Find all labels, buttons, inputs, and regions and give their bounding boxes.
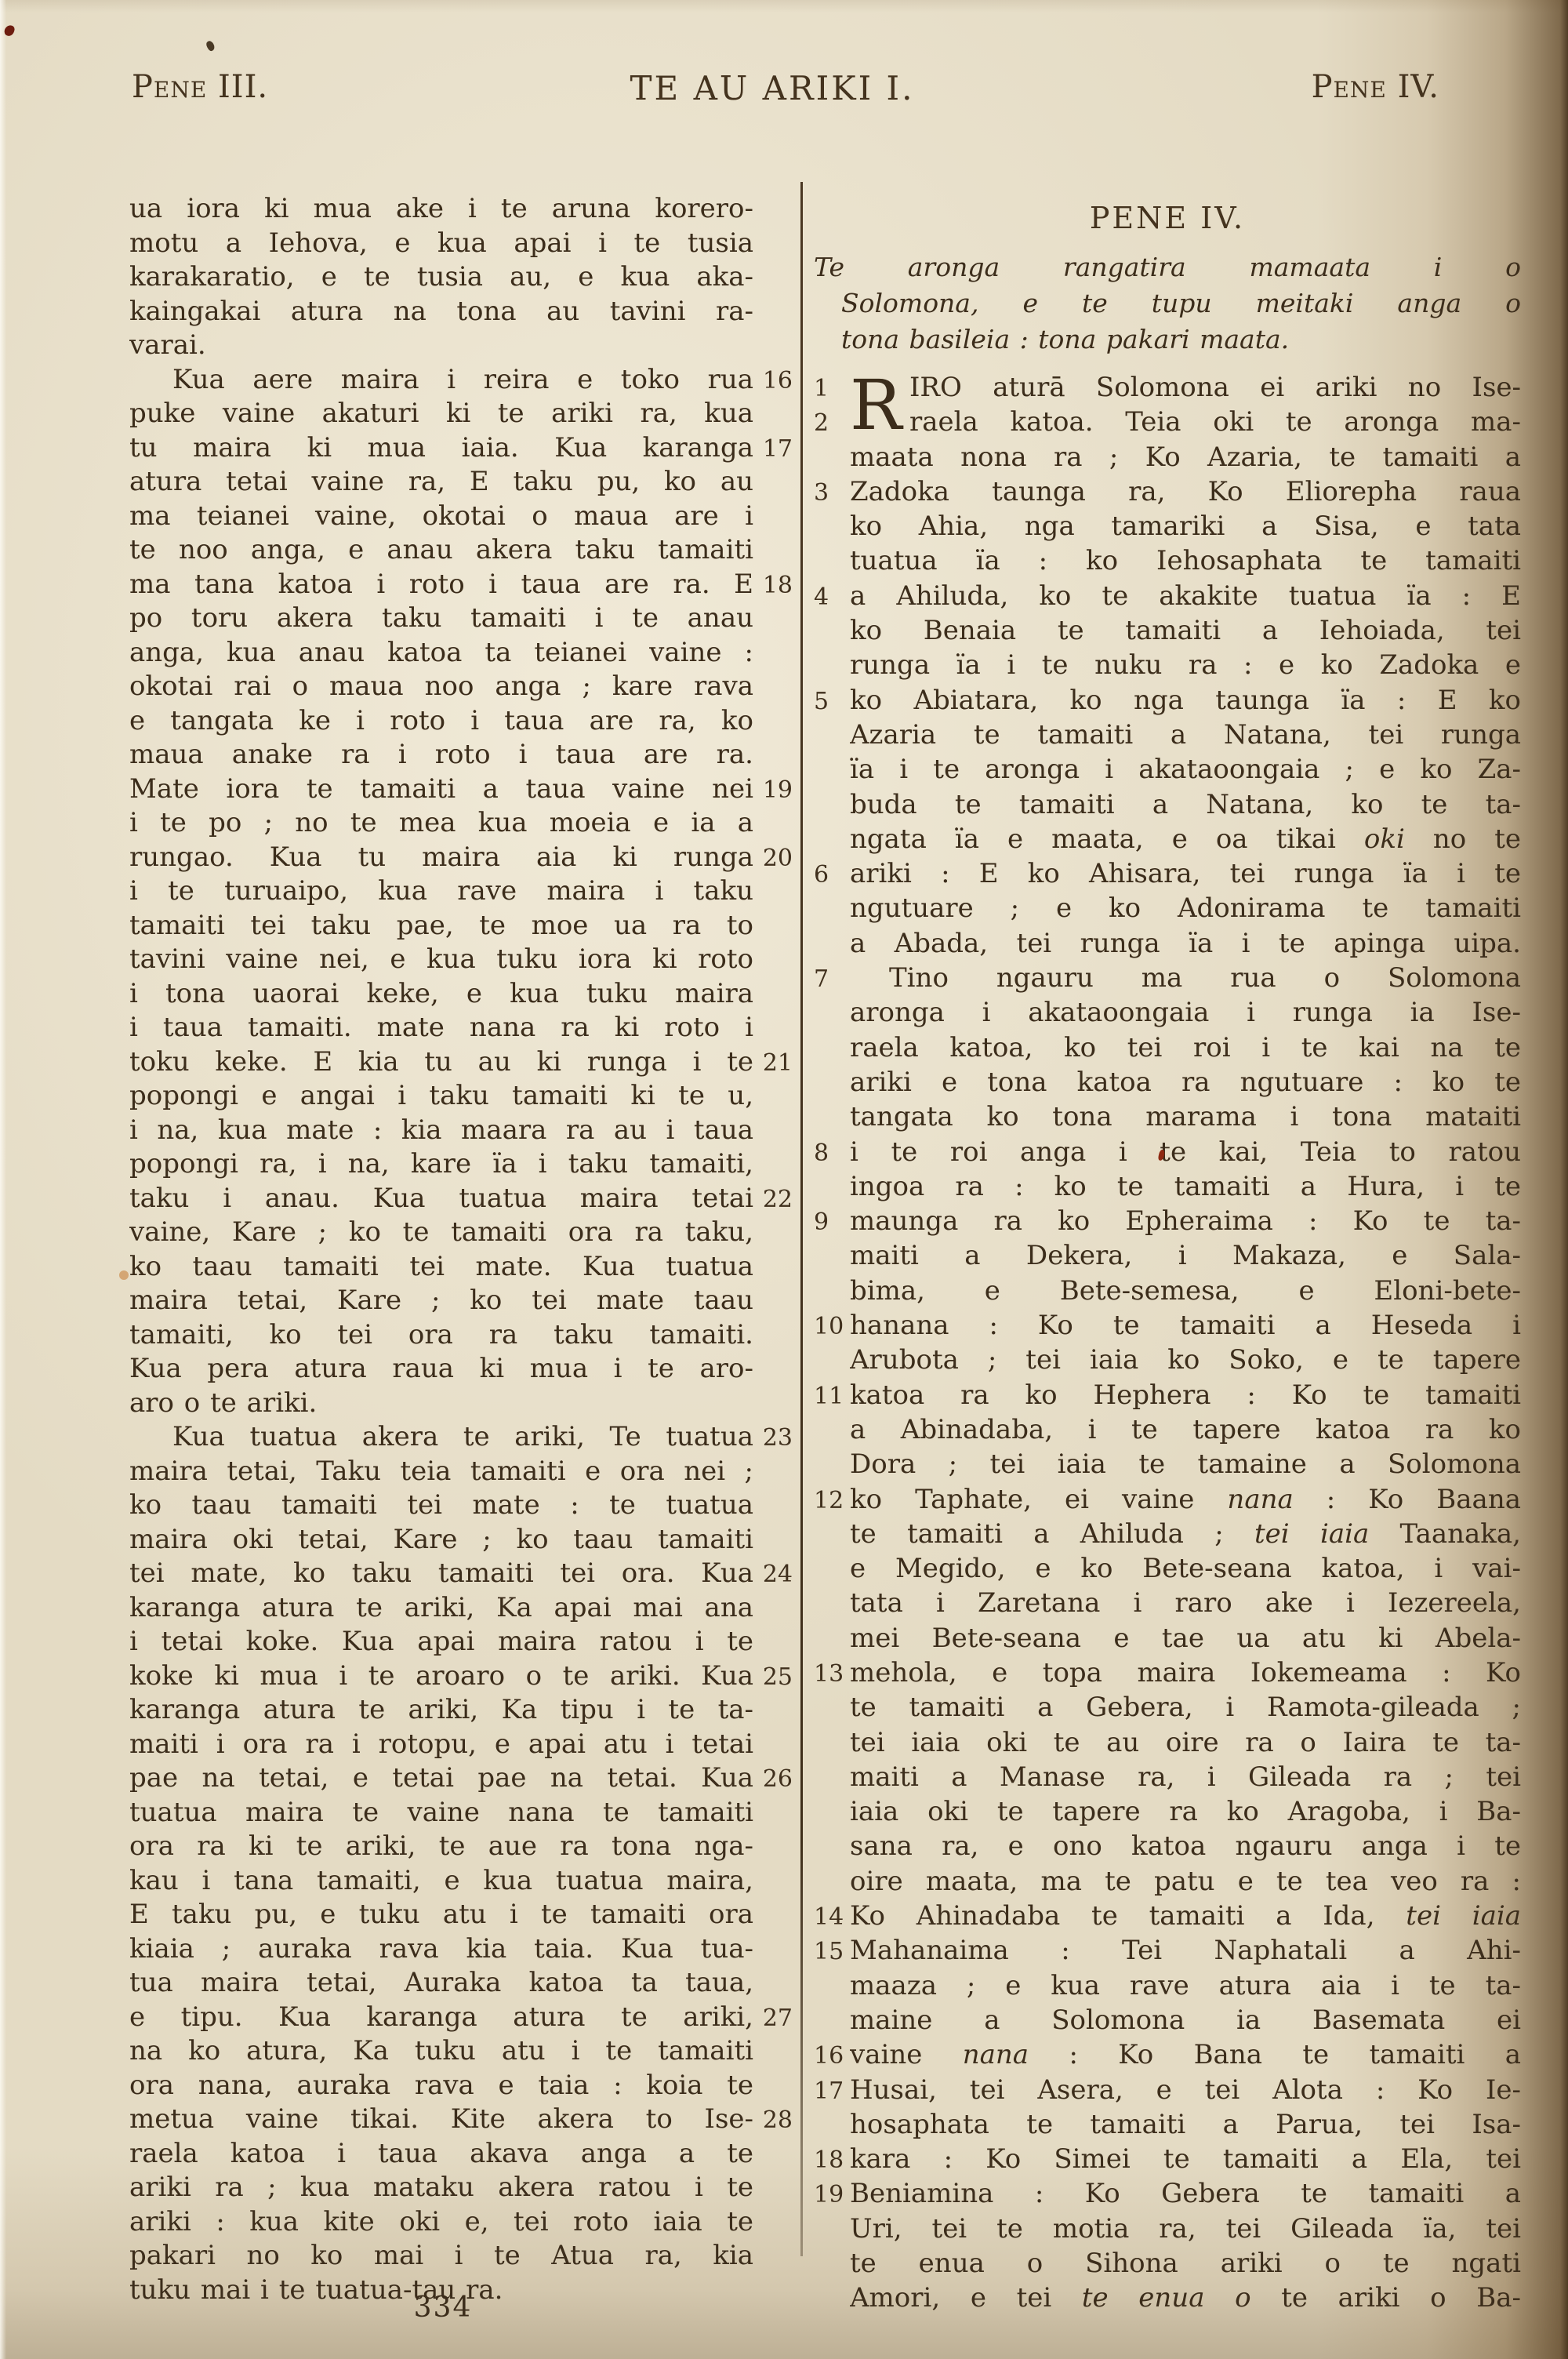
- verse-number: 22: [753, 1183, 793, 1216]
- text-line: 10hanana : Ko te tamaiti a Heseda i: [814, 1308, 1521, 1343]
- text-line: i tetai koke. Kua apai maira ratou i te: [129, 1625, 793, 1659]
- line-text: kau i tana tamaiti, e kua tuatua maira,: [129, 1864, 753, 1899]
- line-text: a Abinadaba, i te tapere katoa ra ko: [850, 1412, 1521, 1447]
- text-line: kiaia ; auraka rava kia taia. Kua tua-: [129, 1932, 793, 1967]
- line-text: maine a Solomona ia Basemata ei: [850, 2003, 1521, 2037]
- text-line: tuatua ïa : ko Iehosaphata te tamaiti: [814, 543, 1521, 578]
- line-text: taku i anau. Kua tuatua maira tetai: [129, 1182, 753, 1216]
- line-text: ua iora ki mua ake i te aruna korero-: [129, 192, 753, 227]
- text-line: buda te tamaiti a Natana, ko te ta-: [814, 787, 1521, 822]
- line-text: ngutuare ; e ko Adonirama te tamaiti: [850, 891, 1521, 925]
- text-line: ïa i te aronga i akataoongaia ; e ko Za-: [814, 752, 1521, 787]
- text-line: taku i anau. Kua tuatua maira tetai22: [129, 1182, 793, 1216]
- line-text: Azaria te tamaiti a Natana, tei runga: [850, 718, 1521, 752]
- text-line: i na, kua mate : kia maara ra au i taua: [129, 1114, 793, 1148]
- text-line: ariki ra ; kua mataku akera ratou i te: [129, 2171, 793, 2205]
- line-text: ko taau tamaiti tei mate. Kua tuatua: [129, 1250, 753, 1285]
- chapter-heading: PENE IV.: [814, 198, 1521, 238]
- text-line: anga, kua anau katoa ta teianei vaine :: [129, 636, 793, 671]
- verse-number: 7: [814, 962, 850, 995]
- text-line: 3Zadoka taunga ra, Ko Eliorepha raua: [814, 474, 1521, 509]
- line-text: koke ki mua i te aroaro o te ariki. Kua: [129, 1659, 753, 1694]
- left-column-lines: ua iora ki mua ake i te aruna korero-mot…: [129, 192, 793, 2307]
- text-line: maiti a Dekera, i Makaza, e Sala-: [814, 1238, 1521, 1273]
- line-text: ma teianei vaine, okotai o maua are i: [129, 500, 753, 534]
- text-line: ko taau tamaiti tei mate. Kua tuatua: [129, 1250, 793, 1285]
- line-text: ko taau tamaiti tei mate : te tuatua: [129, 1488, 753, 1523]
- line-text: i tetai koke. Kua apai maira ratou i te: [129, 1625, 753, 1659]
- line-text: tangata ko tona marama i tona mataiti: [850, 1100, 1521, 1134]
- text-line: raela katoa, ko tei roi i te kai na te: [814, 1030, 1521, 1065]
- text-line: ko Ahia, nga tamariki a Sisa, e tata: [814, 509, 1521, 543]
- text-line: tamaiti tei taku pae, te moe ua ra to: [129, 909, 793, 943]
- text-line: Dora ; tei iaia te tamaine a Solomona: [814, 1447, 1521, 1481]
- verse-number: 8: [814, 1136, 850, 1169]
- text-line: puke vaine akaturi ki te ariki ra, kua: [129, 397, 793, 431]
- text-line: 15Mahanaima : Tei Naphatali a Ahi-: [814, 1933, 1521, 1968]
- text-line: E taku pu, e tuku atu i te tamaiti ora: [129, 1898, 793, 1932]
- line-text: maiti a Dekera, i Makaza, e Sala-: [850, 1238, 1521, 1273]
- line-text: kara : Ko Simei te tamaiti a Ela, tei: [850, 2142, 1521, 2176]
- text-line: hosaphata te tamaiti a Parua, tei Isa-: [814, 2107, 1521, 2142]
- text-line: karakaratio, e te tusia au, e kua aka-: [129, 260, 793, 295]
- line-text: Uri, tei te motia ra, tei Gileada ïa, te…: [850, 2212, 1521, 2246]
- text-line: 12ko Taphate, ei vaine nana : Ko Baana: [814, 1482, 1521, 1517]
- verse-number: 10: [814, 1310, 850, 1343]
- line-text: pae na tetai, e tetai pae na tetai. Kua: [129, 1761, 753, 1796]
- line-text: e Megido, e ko Bete-seana katoa, i vai-: [850, 1551, 1521, 1586]
- text-line: kaingakai atura na tona au tavini ra-: [129, 295, 793, 329]
- book-title: TE AU ARIKI I.: [459, 69, 1086, 107]
- line-text: buda te tamaiti a Natana, ko te ta-: [850, 787, 1521, 822]
- text-line: bima, e Bete-semesa, e Eloni-bete-: [814, 1274, 1521, 1308]
- line-text: maata nona ra ; Ko Azaria, te tamaiti a: [850, 440, 1521, 474]
- text-line: Azaria te tamaiti a Natana, tei runga: [814, 718, 1521, 752]
- line-text: maua anake ra i roto i taua are ra.: [129, 738, 753, 772]
- verse-number: 25: [753, 1660, 793, 1694]
- line-text: ko Taphate, ei vaine nana : Ko Baana: [850, 1482, 1521, 1517]
- line-text: mehola, e topa maira Iokemeama : Ko: [850, 1656, 1521, 1690]
- text-line: te tamaiti a Gebera, i Ramota-gileada ;: [814, 1690, 1521, 1725]
- line-text: tua maira tetai, Auraka katoa ta taua,: [129, 1966, 753, 2001]
- verse-number: 19: [753, 773, 793, 807]
- line-text: rungao. Kua tu maira aia ki runga: [129, 841, 753, 875]
- line-text: e tipu. Kua karanga atura te ariki,: [129, 2001, 753, 2035]
- line-text: popongi e angai i taku tamaiti ki te u,: [129, 1079, 753, 1114]
- line-text: oire maata, ma te patu e te tea veo ra :: [850, 1864, 1521, 1899]
- text-line: karanga atura te ariki, Ka tipu i te ta-: [129, 1693, 793, 1728]
- line-text: ariki : E ko Ahisara, tei runga ïa i te: [850, 856, 1521, 891]
- text-line: 9maunga ra ko Epheraima : Ko te ta-: [814, 1204, 1521, 1238]
- text-line: runga ïa i te nuku ra : e ko Zadoka e: [814, 648, 1521, 682]
- line-text: maira tetai, Taku teia tamaiti e ora nei…: [129, 1455, 753, 1489]
- line-text: ngata ïa e maata, e oa tikai oki no te: [850, 822, 1521, 856]
- text-line: maine a Solomona ia Basemata ei: [814, 2003, 1521, 2037]
- text-line: sana ra, e ono katoa ngauru anga i te: [814, 1829, 1521, 1863]
- text-line: ariki e tona katoa ra ngutuare : ko te: [814, 1065, 1521, 1100]
- line-text: IRO aturā Solomona ei ariki no Ise-: [850, 370, 1521, 405]
- text-line: popongi ra, i na, kare ïa i taku tamaiti…: [129, 1147, 793, 1182]
- line-text: ko Abiatara, ko nga taunga ïa : E ko: [850, 683, 1521, 718]
- line-text: mei Bete-seana e tae ua atu ki Abela-: [850, 1621, 1521, 1656]
- verse-number: 3: [814, 476, 850, 509]
- line-text: po toru akera taku tamaiti i te anau: [129, 602, 753, 636]
- text-line: tuatua maira te vaine nana te tamaiti: [129, 1796, 793, 1830]
- text-line: Te aronga rangatira mamaata i o: [814, 249, 1521, 285]
- line-text: kiaia ; auraka rava kia taia. Kua tua-: [129, 1932, 753, 1967]
- line-text: te noo anga, e anau akera taku tamaiti: [129, 533, 753, 568]
- line-text: tu maira ki mua iaia. Kua karanga: [129, 431, 753, 466]
- text-line: tamaiti, ko tei ora ra taku tamaiti.: [129, 1318, 793, 1353]
- line-text: ora nana, auraka rava e taia : koia te: [129, 2069, 753, 2103]
- verse-number: 11: [814, 1379, 850, 1412]
- line-text: ariki e tona katoa ra ngutuare : ko te: [850, 1065, 1521, 1100]
- text-line: 11katoa ra ko Hephera : Ko te tamaiti: [814, 1378, 1521, 1412]
- text-line: pakari no ko mai i te Atua ra, kia: [129, 2239, 793, 2274]
- text-line: 6ariki : E ko Ahisara, tei runga ïa i te: [814, 856, 1521, 891]
- text-line: Mate iora te tamaiti a taua vaine nei19: [129, 772, 793, 807]
- column-divider-rule: [800, 182, 803, 2256]
- text-line: 4a Ahiluda, ko te akakite tuatua ïa : E: [814, 579, 1521, 613]
- text-line: motu a Iehova, e kua apai i te tusia: [129, 227, 793, 261]
- line-text: i tona uaorai keke, e kua tuku maira: [129, 977, 753, 1012]
- line-text: a Ahiluda, ko te akakite tuatua ïa : E: [850, 579, 1521, 613]
- verse-number: 16: [814, 2039, 850, 2072]
- text-line: maira tetai, Taku teia tamaiti e ora nei…: [129, 1455, 793, 1489]
- text-line: e Megido, e ko Bete-seana katoa, i vai-: [814, 1551, 1521, 1586]
- line-text: runga ïa i te nuku ra : e ko Zadoka e: [850, 648, 1521, 682]
- text-line: tona basileia : tona pakari maata.: [814, 322, 1521, 358]
- line-text: E taku pu, e tuku atu i te tamaiti ora: [129, 1898, 753, 1932]
- text-line: te enua o Sihona ariki o te ngati: [814, 2246, 1521, 2281]
- line-text: sana ra, e ono katoa ngauru anga i te: [850, 1829, 1521, 1863]
- verse-number: 18: [753, 569, 793, 602]
- text-line: ora ra ki te ariki, te aue ra tona nga-: [129, 1830, 793, 1864]
- verse-number: 4: [814, 580, 850, 613]
- page-number: 334: [129, 2292, 757, 2324]
- text-line: 5ko Abiatara, ko nga taunga ïa : E ko: [814, 683, 1521, 718]
- text-line: tavini vaine nei, e kua tuku iora ki rot…: [129, 943, 793, 977]
- line-text: Mahanaima : Tei Naphatali a Ahi-: [850, 1933, 1521, 1968]
- line-text: ora ra ki te ariki, te aue ra tona nga-: [129, 1830, 753, 1864]
- line-text: i taua tamaiti. mate nana ra ki roto i: [129, 1011, 753, 1045]
- text-line: po toru akera taku tamaiti i te anau: [129, 602, 793, 636]
- text-line: 1IRO aturā Solomona ei ariki no Ise-: [814, 370, 1521, 405]
- text-line: metua vaine tikai. Kite akera to Ise-28: [129, 2103, 793, 2137]
- text-line: maata nona ra ; Ko Azaria, te tamaiti a: [814, 440, 1521, 474]
- line-text: iaia oki te tapere ra ko Aragoba, i Ba-: [850, 1794, 1521, 1829]
- line-text: raela katoa. Teia oki te aronga ma-: [850, 405, 1521, 439]
- line-text: te tamaiti a Gebera, i Ramota-gileada ;: [850, 1690, 1521, 1725]
- text-line: aronga i akataoongaia i runga ia Ise-: [814, 995, 1521, 1030]
- line-text: na ko atura, Ka tuku atu i te tamaiti: [129, 2034, 753, 2069]
- line-text: ma tana katoa i roto i taua are ra. E: [129, 568, 753, 602]
- text-line: toku keke. E kia tu au ki runga i te21: [129, 1045, 793, 1080]
- line-text: Amori, e tei te enua o te ariki o Ba-: [850, 2281, 1521, 2315]
- line-text: Arubota ; tei iaia ko Soko, e te tapere: [850, 1343, 1521, 1377]
- line-text: raela katoa i taua akava anga a te: [129, 2137, 753, 2172]
- line-text: Solomona, e te tupu meitaki anga o: [814, 285, 1521, 322]
- text-line: pae na tetai, e tetai pae na tetai. Kua2…: [129, 1761, 793, 1796]
- verse-number: 2: [814, 406, 850, 439]
- line-text: ariki ra ; kua mataku akera ratou i te: [129, 2171, 753, 2205]
- line-text: a Abada, tei runga ïa i te apinga uipa.: [850, 926, 1521, 961]
- line-text: ïa i te aronga i akataoongaia ; e ko Za-: [850, 752, 1521, 787]
- line-text: i na, kua mate : kia maara ra au i taua: [129, 1114, 753, 1148]
- text-line: ko taau tamaiti tei mate : te tuatua: [129, 1488, 793, 1523]
- line-text: toku keke. E kia tu au ki runga i te: [129, 1045, 753, 1080]
- text-line: e tipu. Kua karanga atura te ariki,27: [129, 2001, 793, 2035]
- line-text: i te roi anga i te kai, Teia to ratou: [850, 1135, 1521, 1169]
- text-line: maira tetai, Kare ; ko tei mate taau: [129, 1284, 793, 1318]
- line-text: tona basileia : tona pakari maata.: [814, 322, 1521, 358]
- text-line: 2raela katoa. Teia oki te aronga ma-: [814, 405, 1521, 439]
- line-text: tata i Zaretana i raro ake i Iezereela,: [850, 1586, 1521, 1620]
- text-line: maaza ; e kua rave atura aia i te ta-: [814, 1968, 1521, 2003]
- line-text: atura tetai vaine ra, E taku pu, ko au: [129, 465, 753, 500]
- text-line: varai.: [129, 329, 793, 363]
- verse-number: 15: [814, 1935, 850, 1968]
- text-line: tu maira ki mua iaia. Kua karanga17: [129, 431, 793, 466]
- line-text: motu a Iehova, e kua apai i te tusia: [129, 227, 753, 261]
- text-line: Kua aere maira i reira e toko rua16: [129, 363, 793, 398]
- line-text: Tino ngauru ma rua o Solomona: [850, 961, 1521, 995]
- line-text: okotai rai o maua noo anga ; kare rava: [129, 670, 753, 704]
- text-line: tata i Zaretana i raro ake i Iezereela,: [814, 1586, 1521, 1620]
- right-column-lines: R 1IRO aturā Solomona ei ariki no Ise-2r…: [814, 370, 1521, 2316]
- text-line: 16vaine nana : Ko Bana te tamaiti a: [814, 2037, 1521, 2072]
- text-line: 14Ko Ahinadaba te tamaiti a Ida, tei iai…: [814, 1899, 1521, 1933]
- line-text: tei mate, ko taku tamaiti tei ora. Kua: [129, 1557, 753, 1591]
- verse-number: 17: [814, 2074, 850, 2107]
- line-text: i te po ; no te mea kua moeia e ia a: [129, 806, 753, 841]
- line-text: maiti i ora ra i rotopu, e apai atu i te…: [129, 1728, 753, 1762]
- text-line: 7Tino ngauru ma rua o Solomona: [814, 961, 1521, 995]
- line-text: Beniamina : Ko Gebera te tamaiti a: [850, 2176, 1521, 2211]
- text-line: i taua tamaiti. mate nana ra ki roto i: [129, 1011, 793, 1045]
- text-line: maua anake ra i roto i taua are ra.: [129, 738, 793, 772]
- text-line: okotai rai o maua noo anga ; kare rava: [129, 670, 793, 704]
- verse-number: 14: [814, 1900, 850, 1933]
- right-column: PENE IV. Te aronga rangatira mamaata i o…: [814, 198, 1521, 2316]
- text-line: i te po ; no te mea kua moeia e ia a: [129, 806, 793, 841]
- text-line: rungao. Kua tu maira aia ki runga20: [129, 841, 793, 875]
- line-text: tuatua maira te vaine nana te tamaiti: [129, 1796, 753, 1830]
- text-line: Kua tuatua akera te ariki, Te tuatua23: [129, 1420, 793, 1455]
- verse-number: 27: [753, 2001, 793, 2035]
- ink-stain: [3, 24, 16, 37]
- text-line: ora nana, auraka rava e taia : koia te: [129, 2069, 793, 2103]
- line-text: Kua pera atura raua ki mua i te aro-: [129, 1352, 753, 1387]
- text-line: oire maata, ma te patu e te tea veo ra :: [814, 1864, 1521, 1899]
- text-line: a Abada, tei runga ïa i te apinga uipa.: [814, 926, 1521, 961]
- line-text: puke vaine akaturi ki te ariki ra, kua: [129, 397, 753, 431]
- verse-number: 18: [814, 2143, 850, 2176]
- line-text: aronga i akataoongaia i runga ia Ise-: [850, 995, 1521, 1030]
- drop-cap-letter: R: [850, 370, 902, 441]
- verse-number: 24: [753, 1558, 793, 1591]
- line-text: te tamaiti a Ahiluda ; tei iaia Taanaka,: [850, 1517, 1521, 1551]
- text-line: i tona uaorai keke, e kua tuku maira: [129, 977, 793, 1012]
- text-line: Kua pera atura raua ki mua i te aro-: [129, 1352, 793, 1387]
- line-text: Kua aere maira i reira e toko rua: [129, 363, 753, 398]
- line-text: e tangata ke i roto i taua are ra, ko: [129, 704, 753, 739]
- line-text: hanana : Ko te tamaiti a Heseda i: [850, 1308, 1521, 1343]
- line-text: Mate iora te tamaiti a taua vaine nei: [129, 772, 753, 807]
- running-head-right: Pene IV.: [1200, 69, 1439, 105]
- text-line: atura tetai vaine ra, E taku pu, ko au: [129, 465, 793, 500]
- line-text: tamaiti tei taku pae, te moe ua ra to: [129, 909, 753, 943]
- line-text: katoa ra ko Hephera : Ko te tamaiti: [850, 1378, 1521, 1412]
- text-line: 17Husai, tei Asera, e tei Alota : Ko Ie-: [814, 2073, 1521, 2107]
- running-head-left: Pene III.: [132, 69, 268, 105]
- line-text: maaza ; e kua rave atura aia i te ta-: [850, 1968, 1521, 2003]
- line-text: vaine nana : Ko Bana te tamaiti a: [850, 2037, 1521, 2072]
- line-text: te enua o Sihona ariki o te ngati: [850, 2246, 1521, 2281]
- verse-number: 9: [814, 1205, 850, 1238]
- line-text: tamaiti, ko tei ora ra taku tamaiti.: [129, 1318, 753, 1353]
- text-line: te tamaiti a Ahiluda ; tei iaia Taanaka,: [814, 1517, 1521, 1551]
- verse-number: 26: [753, 1762, 793, 1796]
- text-line: ma tana katoa i roto i taua are ra. E18: [129, 568, 793, 602]
- line-text: maiti a Manase ra, i Gileada ra ; tei: [850, 1760, 1521, 1794]
- text-line: tei iaia oki te au oire ra o Iaira te ta…: [814, 1725, 1521, 1760]
- text-line: ma teianei vaine, okotai o maua are i: [129, 500, 793, 534]
- text-line: maiti i ora ra i rotopu, e apai atu i te…: [129, 1728, 793, 1762]
- text-line: ngata ïa e maata, e oa tikai oki no te: [814, 822, 1521, 856]
- line-text: Dora ; tei iaia te tamaine a Solomona: [850, 1447, 1521, 1481]
- line-text: tuatua ïa : ko Iehosaphata te tamaiti: [850, 543, 1521, 578]
- text-line: ngutuare ; e ko Adonirama te tamaiti: [814, 891, 1521, 925]
- text-line: 8i te roi anga i te kai, Teia to ratou: [814, 1135, 1521, 1169]
- text-line: ariki : kua kite oki e, tei roto iaia te: [129, 2205, 793, 2240]
- verse-number: 21: [753, 1046, 793, 1080]
- line-text: tei iaia oki te au oire ra o Iaira te ta…: [850, 1725, 1521, 1760]
- line-text: bima, e Bete-semesa, e Eloni-bete-: [850, 1274, 1521, 1308]
- text-line: 13mehola, e topa maira Iokemeama : Ko: [814, 1656, 1521, 1690]
- text-line: mei Bete-seana e tae ua atu ki Abela-: [814, 1621, 1521, 1656]
- line-text: popongi ra, i na, kare ïa i taku tamaiti…: [129, 1147, 753, 1182]
- line-text: ko Ahia, nga tamariki a Sisa, e tata: [850, 509, 1521, 543]
- text-line: raela katoa i taua akava anga a te: [129, 2137, 793, 2172]
- verse-number: 16: [753, 364, 793, 398]
- text-line: maiti a Manase ra, i Gileada ra ; tei: [814, 1760, 1521, 1794]
- text-line: popongi e angai i taku tamaiti ki te u,: [129, 1079, 793, 1114]
- line-text: anga, kua anau katoa ta teianei vaine :: [129, 636, 753, 671]
- line-text: maira tetai, Kare ; ko tei mate taau: [129, 1284, 753, 1318]
- text-line: ko Benaia te tamaiti a Iehoiada, tei: [814, 613, 1521, 648]
- text-line: a Abinadaba, i te tapere katoa ra ko: [814, 1412, 1521, 1447]
- text-line: e tangata ke i roto i taua are ra, ko: [129, 704, 793, 739]
- verse-number: 6: [814, 858, 850, 891]
- text-line: kau i tana tamaiti, e kua tuatua maira,: [129, 1864, 793, 1899]
- text-line: Amori, e tei te enua o te ariki o Ba-: [814, 2281, 1521, 2315]
- line-text: i te turuaipo, kua rave maira i taku: [129, 874, 753, 909]
- text-line: aro o te ariki.: [129, 1387, 793, 1421]
- verse-number: 19: [814, 2178, 850, 2211]
- text-line: na ko atura, Ka tuku atu i te tamaiti: [129, 2034, 793, 2069]
- text-line: maira oki tetai, Kare ; ko taau tamaiti: [129, 1523, 793, 1558]
- line-text: karanga atura te ariki, Ka apai mai ana: [129, 1591, 753, 1626]
- line-text: ariki : kua kite oki e, tei roto iaia te: [129, 2205, 753, 2240]
- verse-number: 12: [814, 1484, 850, 1517]
- line-text: metua vaine tikai. Kite akera to Ise-: [129, 2103, 753, 2137]
- text-line: 18kara : Ko Simei te tamaiti a Ela, tei: [814, 2142, 1521, 2176]
- line-text: Te aronga rangatira mamaata i o: [814, 249, 1521, 285]
- text-line: ingoa ra : ko te tamaiti a Hura, i te: [814, 1169, 1521, 1204]
- text-line: te noo anga, e anau akera taku tamaiti: [129, 533, 793, 568]
- line-text: pakari no ko mai i te Atua ra, kia: [129, 2239, 753, 2274]
- line-text: raela katoa, ko tei roi i te kai na te: [850, 1030, 1521, 1065]
- line-text: Ko Ahinadaba te tamaiti a Ida, tei iaia: [850, 1899, 1521, 1933]
- chapter-summary: Te aronga rangatira mamaata i oSolomona,…: [814, 249, 1521, 358]
- paper-stain: [119, 1270, 129, 1280]
- text-line: tua maira tetai, Auraka katoa ta taua,: [129, 1966, 793, 2001]
- line-text: hosaphata te tamaiti a Parua, tei Isa-: [850, 2107, 1521, 2142]
- text-line: ua iora ki mua ake i te aruna korero-: [129, 192, 793, 227]
- line-text: Zadoka taunga ra, Ko Eliorepha raua: [850, 474, 1521, 509]
- verse-number: 13: [814, 1657, 850, 1690]
- text-line: tangata ko tona marama i tona mataiti: [814, 1100, 1521, 1134]
- text-line: i te turuaipo, kua rave maira i taku: [129, 874, 793, 909]
- line-text: Husai, tei Asera, e tei Alota : Ko Ie-: [850, 2073, 1521, 2107]
- line-text: karanga atura te ariki, Ka tipu i te ta-: [129, 1693, 753, 1728]
- text-line: 19Beniamina : Ko Gebera te tamaiti a: [814, 2176, 1521, 2211]
- line-text: maunga ra ko Epheraima : Ko te ta-: [850, 1204, 1521, 1238]
- line-text: kaingakai atura na tona au tavini ra-: [129, 295, 753, 329]
- left-column: ua iora ki mua ake i te aruna korero-mot…: [129, 180, 793, 2307]
- verse-number: 17: [753, 432, 793, 466]
- text-line: iaia oki te tapere ra ko Aragoba, i Ba-: [814, 1794, 1521, 1829]
- verse-number: 28: [753, 2103, 793, 2137]
- text-line: Arubota ; tei iaia ko Soko, e te tapere: [814, 1343, 1521, 1377]
- text-line: karanga atura te ariki, Ka apai mai ana: [129, 1591, 793, 1626]
- text-line: koke ki mua i te aroaro o te ariki. Kua2…: [129, 1659, 793, 1694]
- text-line: vaine, Kare ; ko te tamaiti ora ra taku,: [129, 1216, 793, 1250]
- text-line: Uri, tei te motia ra, tei Gileada ïa, te…: [814, 2212, 1521, 2246]
- verse-number: 20: [753, 841, 793, 875]
- line-text: karakaratio, e te tusia au, e kua aka-: [129, 260, 753, 295]
- line-text: Kua tuatua akera te ariki, Te tuatua: [129, 1420, 753, 1455]
- line-text: aro o te ariki.: [129, 1387, 753, 1421]
- line-text: maira oki tetai, Kare ; ko taau tamaiti: [129, 1523, 753, 1558]
- line-text: ko Benaia te tamaiti a Iehoiada, tei: [850, 613, 1521, 648]
- line-text: vaine, Kare ; ko te tamaiti ora ra taku,: [129, 1216, 753, 1250]
- verse-number: 5: [814, 685, 850, 718]
- line-text: tavini vaine nei, e kua tuku iora ki rot…: [129, 943, 753, 977]
- verse-number: 23: [753, 1421, 793, 1455]
- verse-number: 1: [814, 372, 850, 405]
- text-line: tei mate, ko taku tamaiti tei ora. Kua24: [129, 1557, 793, 1591]
- line-text: varai.: [129, 329, 753, 363]
- ink-stain: [205, 40, 216, 53]
- line-text: ingoa ra : ko te tamaiti a Hura, i te: [850, 1169, 1521, 1204]
- text-line: Solomona, e te tupu meitaki anga o: [814, 285, 1521, 322]
